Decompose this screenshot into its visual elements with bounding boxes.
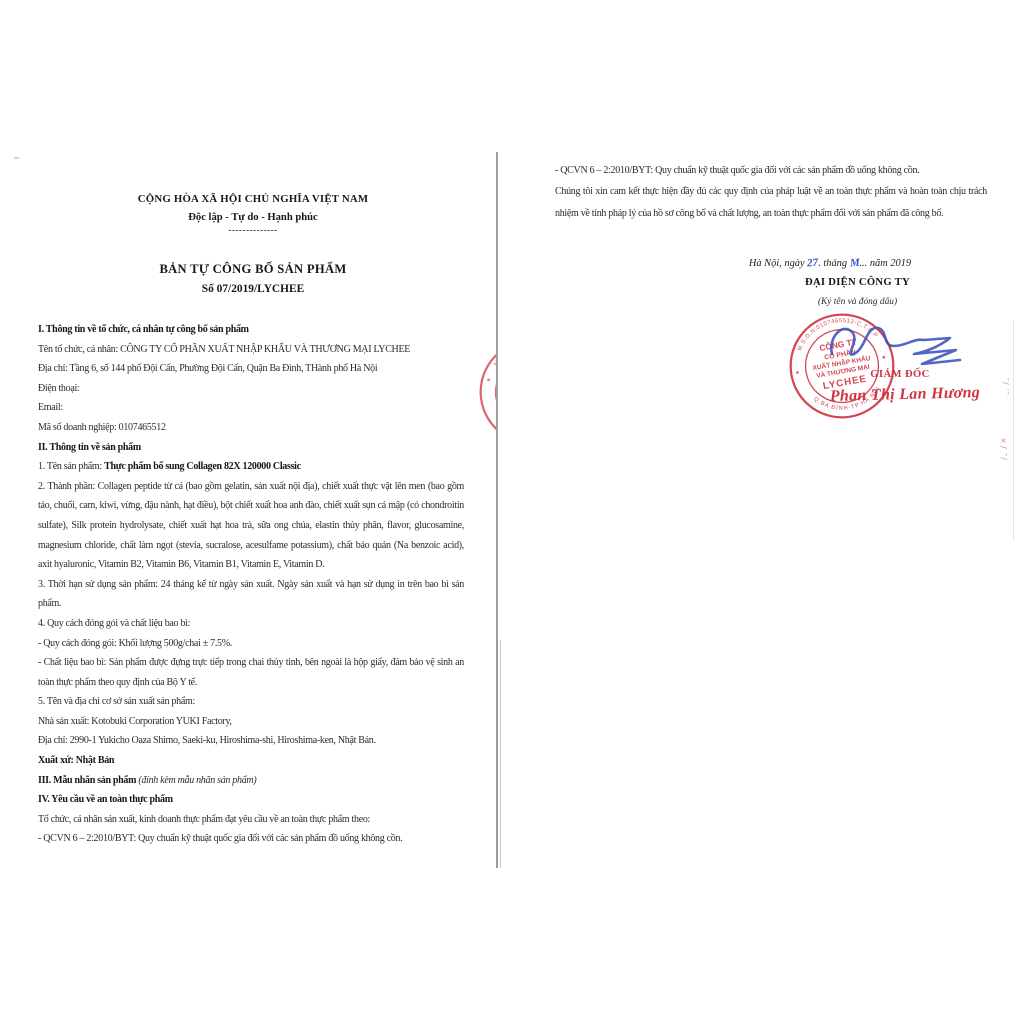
packaging-spec-line: - Quy cách đóng gói: Khối lượng 500g/cha… <box>38 634 464 654</box>
section-3-heading: III. Mẫu nhãn sản phẩm <box>38 775 138 786</box>
section-2-heading: II. Thông tin về sản phẩm <box>38 438 464 458</box>
packaging-material-paragraph: - Chất liệu bao bì: Sản phẩm được đựng t… <box>38 653 464 692</box>
ingredients-paragraph: 2. Thành phần: Collagen peptide từ cá (b… <box>38 477 464 575</box>
packaging-heading: 4. Quy cách đóng gói và chất liệu bao bì… <box>38 614 464 634</box>
national-motto: Độc lập - Tự do - Hạnh phúc <box>38 212 468 223</box>
section-4-heading: IV. Yêu cầu về an toàn thực phẩm <box>38 790 464 810</box>
handwritten-day: 27 <box>807 257 819 270</box>
document-number: Số 07/2019/LYCHEE <box>38 283 468 295</box>
safety-intro-line: Tổ chức, cá nhân sản xuất, kinh doanh th… <box>38 810 464 830</box>
product-name-line: 1. Tên sản phẩm: Thực phẩm bổ sung Colla… <box>38 457 464 477</box>
red-edge-mark-2: ×/ ″/ <box>999 436 1008 461</box>
date-prefix: Hà Nội, ngày <box>749 258 807 269</box>
date-suffix: ... năm 2019 <box>859 258 911 269</box>
product-name-label: 1. Tên sản phẩm: <box>38 461 104 472</box>
manufacturer-name-line: Nhà sản xuất: Kotobuki Corporation YUKI … <box>38 712 464 732</box>
document-title: BẢN TỰ CÔNG BỐ SẢN PHẨM <box>38 262 468 277</box>
left-page-body: I. Thông tin về tổ chức, cá nhân tự công… <box>38 320 464 849</box>
date-mid: . tháng <box>818 258 849 269</box>
section-1-heading: I. Thông tin về tổ chức, cá nhân tự công… <box>38 320 464 340</box>
director-title: GIÁM ĐỐC <box>840 369 960 380</box>
handwritten-month: M <box>849 257 860 270</box>
fold-overlap-stamp-graphic: M.S.D.N:0107465512-C.T.C.P * <box>464 336 496 448</box>
national-title: CỘNG HÒA XÃ HỘI CHỦ NGHĨA VIỆT NAM <box>38 193 468 205</box>
product-name-value: Thực phẩm bổ sung Collagen 82X 120000 Cl… <box>104 461 301 472</box>
address-line: Địa chỉ: Tầng 6, số 144 phố Đội Cấn, Phư… <box>38 359 464 379</box>
red-edge-mark-1: ″/ ′‶ <box>1001 378 1010 396</box>
document-title-block: BẢN TỰ CÔNG BỐ SẢN PHẨM Số 07/2019/LYCHE… <box>38 262 468 295</box>
commitment-paragraph: Chúng tôi xin cam kết thực hiện đầy đủ c… <box>555 181 987 224</box>
business-id-line: Mã số doanh nghiệp: 0107465512 <box>38 418 464 438</box>
page-fold-line <box>496 152 498 868</box>
section-3-note: (đính kèm mẫu nhãn sản phẩm) <box>138 775 256 786</box>
email-line: Email: <box>38 398 464 418</box>
manufacturer-heading: 5. Tên và địa chỉ cơ sở sản xuất sản phẩ… <box>38 692 464 712</box>
scan-speck <box>14 157 19 159</box>
section-3-heading-line: III. Mẫu nhãn sản phẩm (đính kèm mẫu nhã… <box>38 771 464 791</box>
fold-stamp-star: * <box>486 376 492 387</box>
org-name-line: Tên tổ chức, cá nhân: CÔNG TY CỔ PHẦN XU… <box>38 340 464 360</box>
phone-line: Điện thoại: <box>38 379 464 399</box>
date-line: Hà Nội, ngày 27. tháng M... năm 2019 <box>700 257 960 269</box>
svg-text:M.S.D.N:0107465512-C.T.C.P: M.S.D.N:0107465512-C.T.C.P <box>493 336 496 388</box>
fold-overlap-stamp: M.S.D.N:0107465512-C.T.C.P * <box>452 336 496 448</box>
manufacturer-address-line: Địa chỉ: 2990-1 Yukicho Oaza Shimo, Saek… <box>38 731 464 751</box>
safety-standard-line-left: - QCVN 6 – 2:2010/BYT: Quy chuẩn kỹ thuậ… <box>38 829 464 849</box>
representative-title: ĐẠI DIỆN CÔNG TY <box>745 277 970 288</box>
motto-divider: -------------- <box>38 225 468 235</box>
right-page-body: - QCVN 6 – 2:2010/BYT: Quy chuẩn kỹ thuậ… <box>555 160 987 224</box>
fold-stamp-ring-text: M.S.D.N:0107465512-C.T.C.P <box>493 336 496 388</box>
national-header: CỘNG HÒA XÃ HỘI CHỦ NGHĨA VIỆT NAM Độc l… <box>38 193 468 235</box>
page-right-edge <box>1013 320 1014 540</box>
director-name-signature: Phan Thị Lan Hương <box>815 384 995 407</box>
scanned-document: { "left": { "national_title": "CỘNG HÒA … <box>0 0 1024 1024</box>
safety-standard-line-right: - QCVN 6 – 2:2010/BYT: Quy chuẩn kỹ thuậ… <box>555 160 987 181</box>
shelf-life-paragraph: 3. Thời hạn sử dụng sản phẩm: 24 tháng k… <box>38 575 464 614</box>
seal-star-left: * <box>795 368 801 379</box>
page-fold-line-secondary <box>500 640 501 868</box>
origin-line: Xuất xứ: Nhật Bản <box>38 751 464 771</box>
